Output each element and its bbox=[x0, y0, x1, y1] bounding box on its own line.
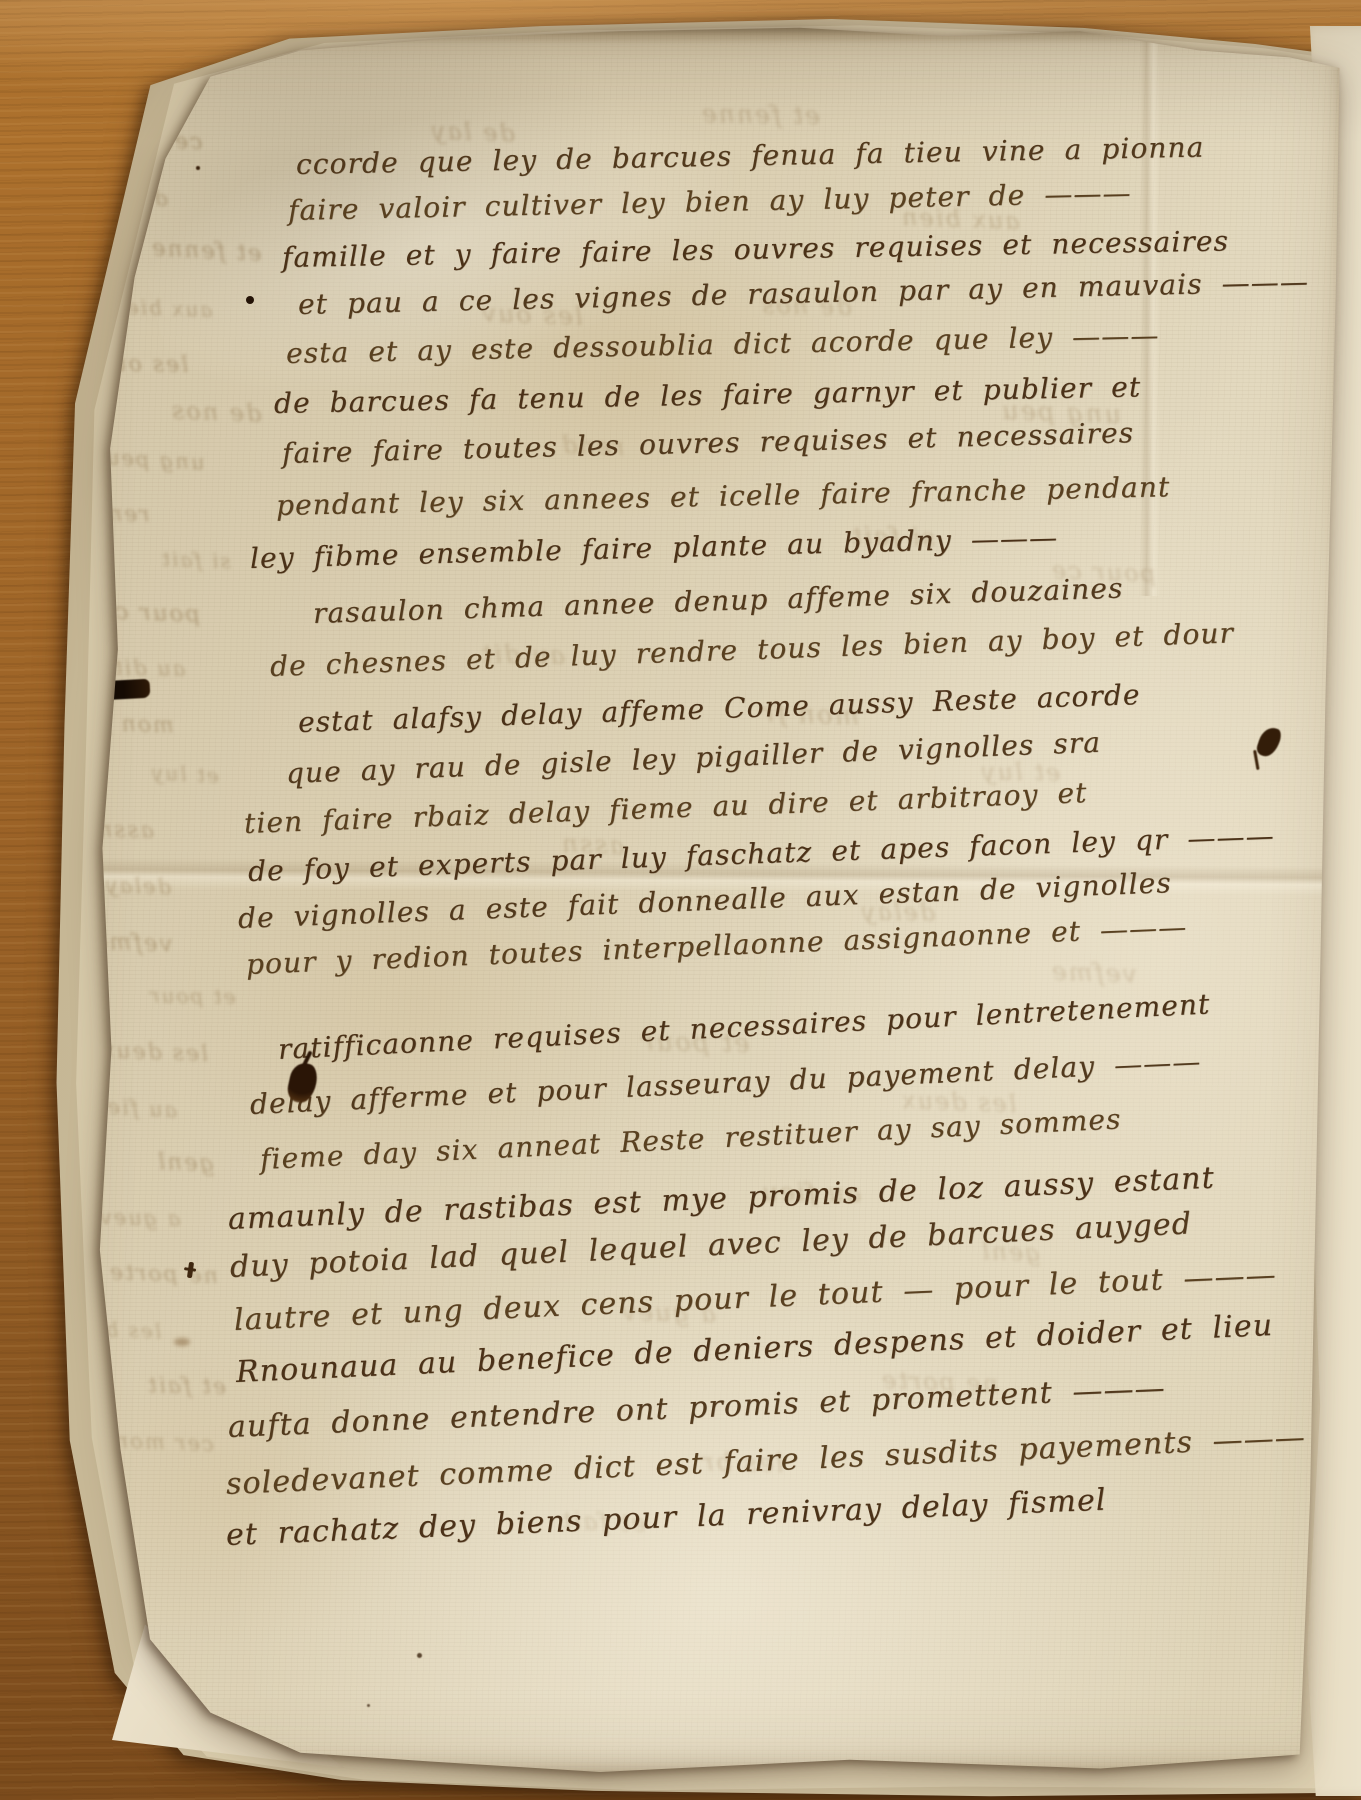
ink-speck bbox=[417, 1653, 422, 1658]
manuscript-line: et pau a ce les vignes de rasaulon par a… bbox=[298, 265, 1310, 321]
manuscript-page: cer monsde layet fenneaux bienles ouvde … bbox=[60, 26, 1346, 1772]
manuscript-line: faire valoir cultiver ley bien ay luy pe… bbox=[288, 176, 1132, 227]
handwritten-text-block: ccorde que ley de barcues fenua fa tieu … bbox=[60, 26, 1346, 1772]
manuscript-line: ley fibme ensemble faire plante au byadn… bbox=[250, 521, 1059, 575]
ink-speck bbox=[367, 1704, 370, 1707]
manuscript-line: famille et y faire faire les ouvres requ… bbox=[282, 224, 1230, 274]
manuscript-line: ccorde que ley de barcues fenua fa tieu … bbox=[296, 131, 1205, 181]
ink-speck bbox=[196, 166, 200, 170]
manuscript-line: de barcues fa tenu de les faire garnyr e… bbox=[274, 370, 1142, 420]
main-sheet-wrap: cer monsde layet fenneaux bienles ouvde … bbox=[0, 0, 1361, 1800]
manuscript-photo: cer monsde layet fenneaux bienles ouvde … bbox=[0, 0, 1361, 1800]
manuscript-line: esta et ay este dessoublia dict acorde q… bbox=[286, 319, 1160, 370]
manuscript-line: pendant ley six annees et icelle faire f… bbox=[276, 470, 1171, 522]
faint-smudge bbox=[174, 1338, 190, 1346]
manuscript-line: faire faire toutes les ouvres requises e… bbox=[282, 416, 1135, 470]
ink-bullet-dot bbox=[246, 296, 254, 304]
manuscript-line: rasaulon chma annee denup affeme six dou… bbox=[312, 572, 1123, 630]
